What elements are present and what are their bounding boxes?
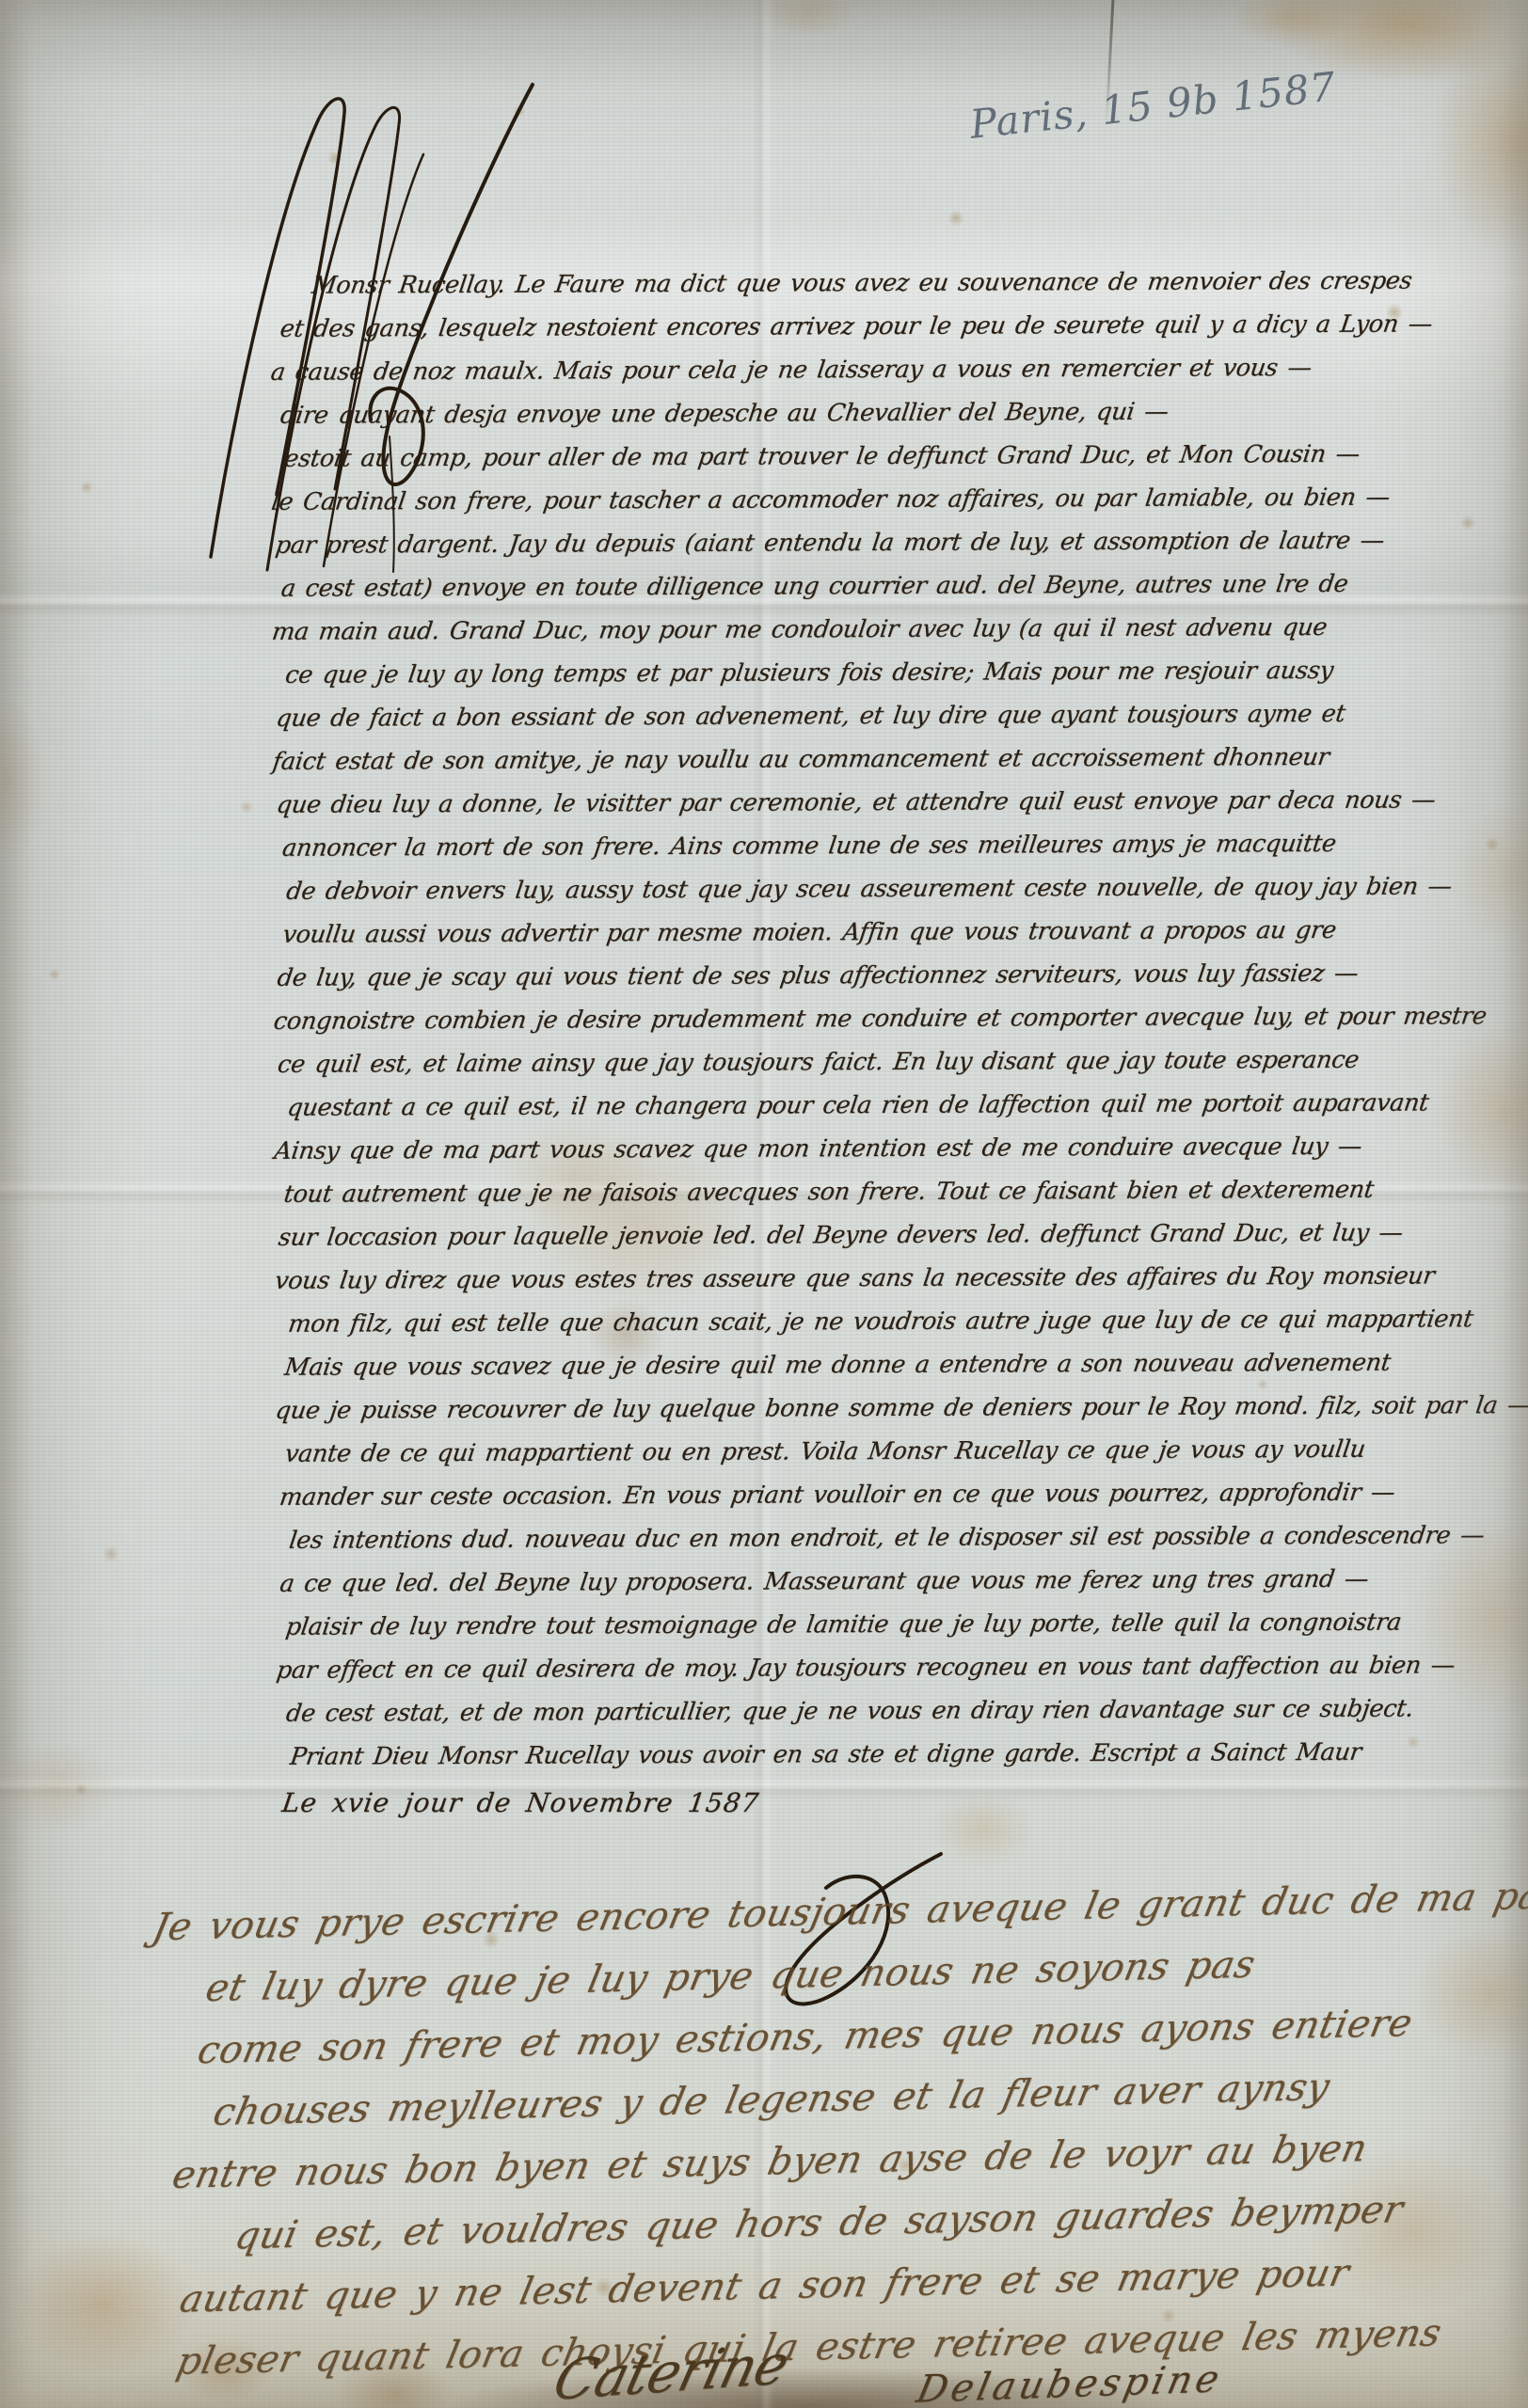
letter-line: congnoistre combien je desire prudemment… xyxy=(271,994,1494,1043)
letter-line: sur loccasion pour laquelle jenvoie led.… xyxy=(276,1211,1495,1259)
date-line: Le xvie jour de Novembre 1587 xyxy=(280,1787,761,1818)
letter-body: Monsr Rucellay. Le Faure ma dict que vou… xyxy=(274,259,1494,1779)
letter-line: de cest estat, et de mon particullier, q… xyxy=(283,1687,1497,1735)
letter-line: et des gans, lesquelz nestoient encores … xyxy=(278,302,1491,351)
letter-line: Ainsy que de ma part vous scavez que mon… xyxy=(271,1124,1494,1173)
letter-line: que dieu luy a donne, le visitter par ce… xyxy=(274,778,1493,827)
letter-line: questant a ce quil est, il ne changera p… xyxy=(284,1081,1494,1130)
letter-line: tout autrement que je ne faisois avecque… xyxy=(281,1167,1495,1216)
letter-line: vous luy direz que vous estes tres asseu… xyxy=(272,1254,1495,1303)
letter-line: dire quayant desja envoye une depesche a… xyxy=(278,388,1491,437)
letter-line: le Cardinal son frere, pour tascher a ac… xyxy=(268,475,1491,524)
letter-line: par prest dargent. Jay du depuis (aiant … xyxy=(273,518,1492,567)
letter-line: vante de ce qui mappartient ou en prest.… xyxy=(282,1427,1496,1476)
letter-line: Monsr Rucellay. Le Faure ma dict que vou… xyxy=(309,259,1490,307)
letter-line: annoncer la mort de son frere. Ains comm… xyxy=(279,821,1493,870)
letter-line: les intentions dud. nouveau duc en mon e… xyxy=(286,1513,1496,1562)
letter-line: plaisir de luy rendre tout tesmoignage d… xyxy=(283,1600,1497,1649)
letter-line: estoit au camp, pour aller de ma part tr… xyxy=(281,432,1491,481)
letter-line: a cause de noz maulx. Mais pour cela je … xyxy=(268,345,1491,394)
postscript-body: Je vous prye escrire encore tousjours av… xyxy=(152,1866,1509,2393)
letter-line: a cest estat) envoye en toute dilligence… xyxy=(279,562,1492,610)
letter-line: Priant Dieu Monsr Rucellay vous avoir en… xyxy=(287,1730,1497,1779)
letter-line: Mais que vous scavez que je desire quil … xyxy=(281,1340,1495,1389)
letter-line: que je puisse recouvrer de luy quelque b… xyxy=(273,1384,1496,1433)
letter-line: par effect en ce quil desirera de moy. J… xyxy=(274,1643,1497,1692)
letter-line: mander sur ceste occasion. En vous prian… xyxy=(277,1470,1496,1519)
letter-line: a ce que led. del Beyne luy proposera. M… xyxy=(277,1557,1496,1606)
letter-line: ce quil est, et laime ainsy que jay tous… xyxy=(275,1038,1494,1086)
letter-line: ce que je luy ay long temps et par plusi… xyxy=(282,648,1492,697)
manuscript-photo: Paris, 15 9b 1587 Monsr Rucellay. Le Fau… xyxy=(0,0,1528,2408)
letter-line: faict estat de son amitye, je nay voullu… xyxy=(270,735,1493,784)
letter-line: voullu aussi vous advertir par mesme moi… xyxy=(279,908,1493,957)
letter-line: de luy, que je scay qui vous tient de se… xyxy=(275,951,1494,1000)
letter-line: mon filz, qui est telle que chacun scait… xyxy=(285,1297,1495,1346)
letter-line: de debvoir envers luy, aussy tost que ja… xyxy=(283,864,1493,913)
pencil-annotation: Paris, 15 9b 1587 xyxy=(968,60,1366,148)
letter-line: que de faict a bon essiant de son advene… xyxy=(273,691,1492,740)
letter-line: ma main aud. Grand Duc, moy pour me cond… xyxy=(269,605,1492,654)
